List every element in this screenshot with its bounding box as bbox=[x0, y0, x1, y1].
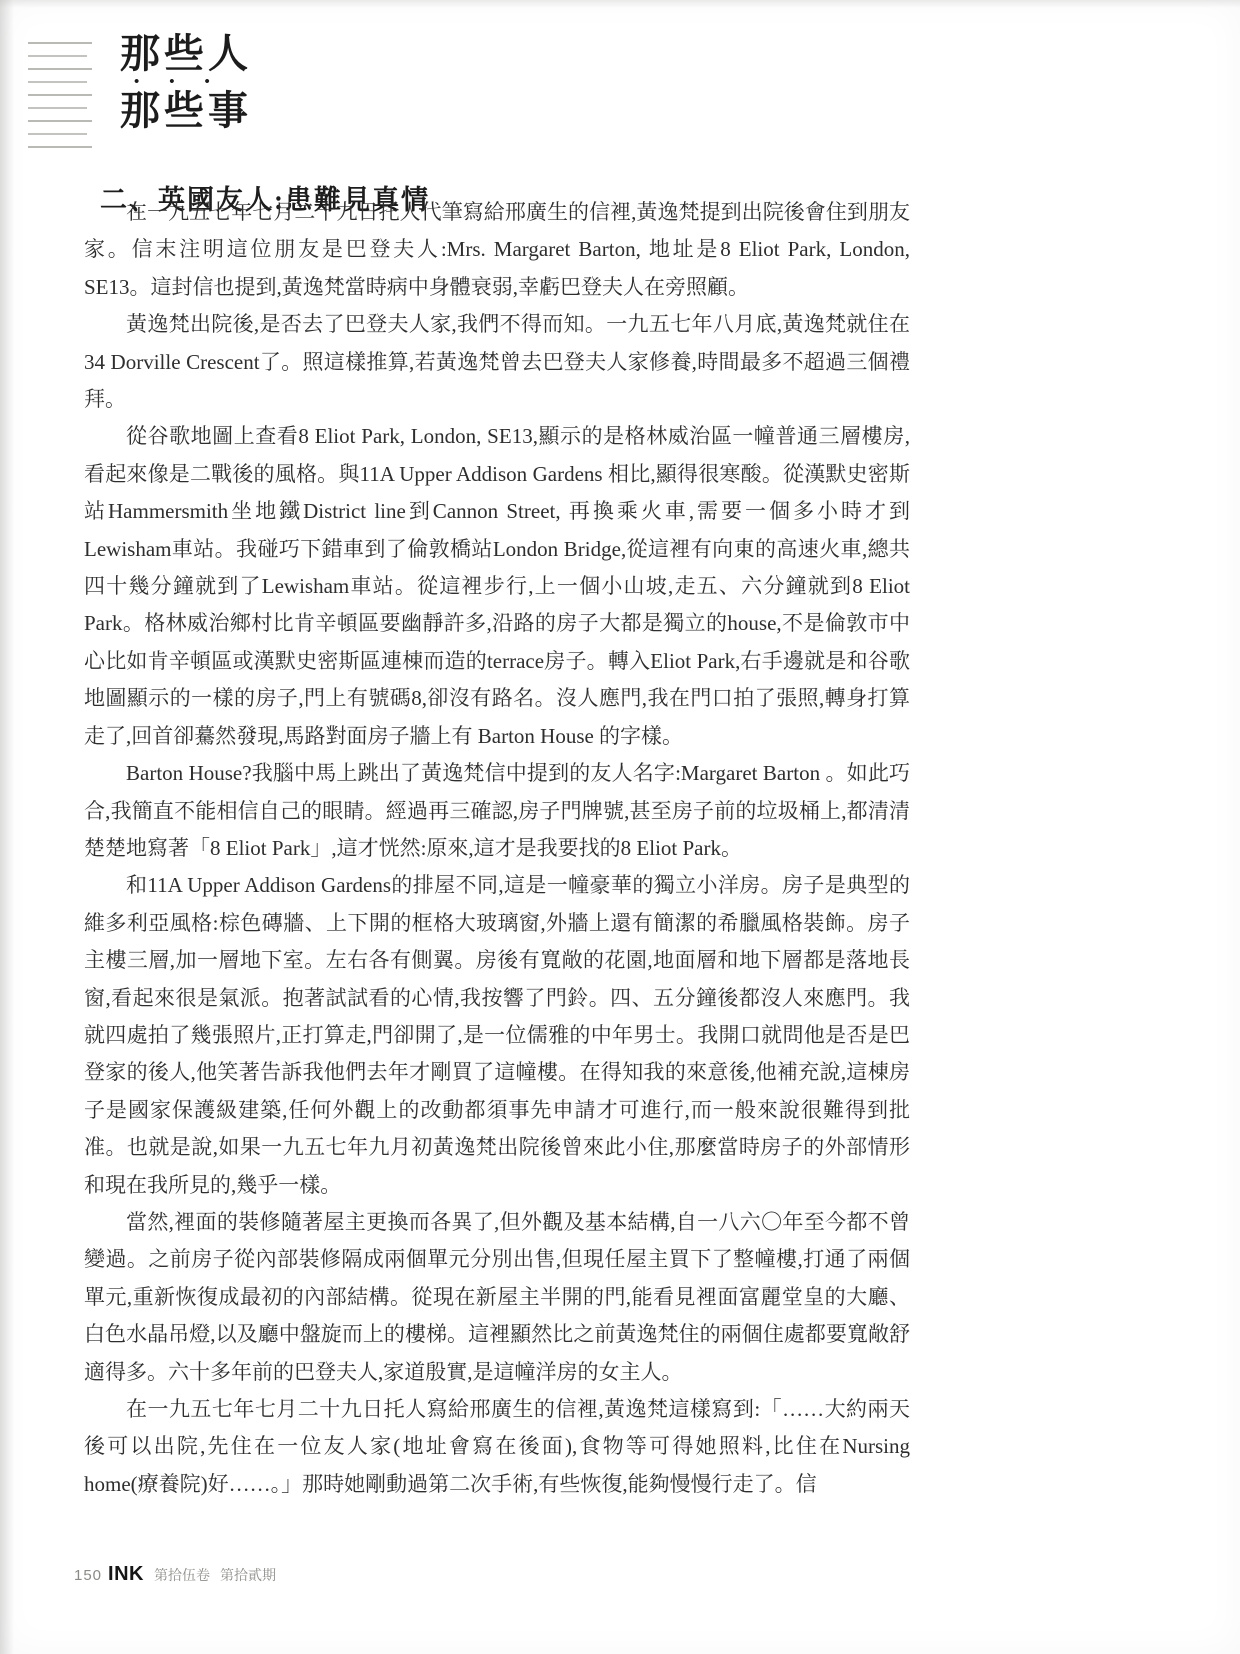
magazine-page: 那些人 ••• 那些事 二、英國友人:患難見真情 在一九五七年七月二十九日托人代… bbox=[0, 0, 1240, 1654]
paragraph: 從谷歌地圖上查看8 Eliot Park, London, SE13,顯示的是格… bbox=[84, 418, 910, 755]
column-title-line2: 那些事 bbox=[120, 91, 252, 131]
page-number: 150 bbox=[74, 1567, 102, 1584]
volume-label: 第拾伍卷 bbox=[154, 1565, 210, 1585]
column-title: 那些人 ••• 那些事 bbox=[120, 34, 252, 131]
paragraph: 黃逸梵出院後,是否去了巴登夫人家,我們不得而知。一九五七年八月底,黃逸梵就住在3… bbox=[84, 306, 910, 418]
scan-edge-top bbox=[0, 0, 1240, 8]
page-footer: 150 INK 第拾伍卷 第拾貳期 bbox=[74, 1563, 286, 1586]
logo-rules-decoration bbox=[28, 42, 92, 159]
column-logo: 那些人 ••• 那些事 bbox=[28, 34, 252, 159]
issue-label: 第拾貳期 bbox=[220, 1565, 276, 1585]
scan-edge-left bbox=[0, 0, 14, 1654]
paragraph: 在一九五七年七月二十九日托人代筆寫給邢廣生的信裡,黃逸梵提到出院後會住到朋友家。… bbox=[84, 194, 910, 306]
paragraph: Barton House?我腦中馬上跳出了黃逸梵信中提到的友人名字:Margar… bbox=[84, 755, 910, 867]
column-title-line1: 那些人 bbox=[120, 34, 252, 74]
article-body: 在一九五七年七月二十九日托人代筆寫給邢廣生的信裡,黃逸梵提到出院後會住到朋友家。… bbox=[84, 194, 910, 1503]
paragraph: 在一九五七年七月二十九日托人寫給邢廣生的信裡,黃逸梵這樣寫到:「……大約兩天後可… bbox=[84, 1391, 910, 1503]
paragraph: 當然,裡面的裝修隨著屋主更換而各異了,但外觀及基本結構,自一八六〇年至今都不曾變… bbox=[84, 1204, 910, 1391]
magazine-name: INK bbox=[108, 1563, 144, 1586]
paragraph: 和11A Upper Addison Gardens的排屋不同,這是一幢豪華的獨… bbox=[84, 867, 910, 1204]
